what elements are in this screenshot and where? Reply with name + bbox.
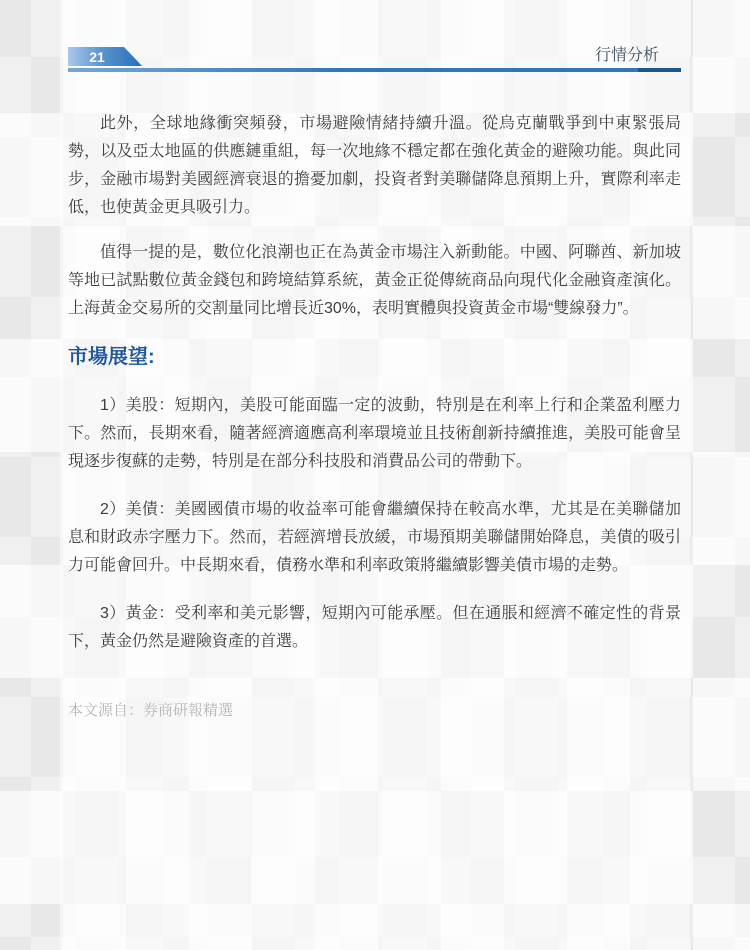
body-paragraph: 值得一提的是，數位化浪潮也正在為黃金市場注入新動能。中國、阿聯酋、新加坡等地已試…: [68, 239, 681, 323]
document-body: 此外，全球地緣衝突頻發，市場避險情緒持續升溫。從烏克蘭戰爭到中東緊張局勢，以及亞…: [68, 110, 681, 722]
body-paragraph: 此外，全球地緣衝突頻發，市場避險情緒持續升溫。從烏克蘭戰爭到中東緊張局勢，以及亞…: [68, 110, 681, 222]
page-number-badge: 21: [68, 47, 142, 66]
outlook-item-gold: 3）黃金：受利率和美元影響，短期內可能承壓。但在通脹和經濟不確定性的背景下，黃金…: [68, 600, 681, 656]
header-rule: [68, 68, 681, 72]
report-page: 21 行情分析 此外，全球地緣衝突頻發，市場避險情緒持續升溫。從烏克蘭戰爭到中東…: [0, 0, 750, 722]
outlook-item-stocks: 1）美股：短期內，美股可能面臨一定的波動，特別是在利率上行和企業盈利壓力下。然而…: [68, 392, 681, 476]
outlook-item-bonds: 2）美債：美國國債市場的收益率可能會繼續保持在較高水準，尤其是在美聯儲加息和財政…: [68, 496, 681, 580]
page-header: 21 行情分析: [68, 46, 681, 66]
outlook-heading: 市場展望:: [68, 344, 681, 370]
section-title: 行情分析: [595, 46, 681, 66]
source-note: 本文源自：券商研報精選: [68, 700, 681, 722]
